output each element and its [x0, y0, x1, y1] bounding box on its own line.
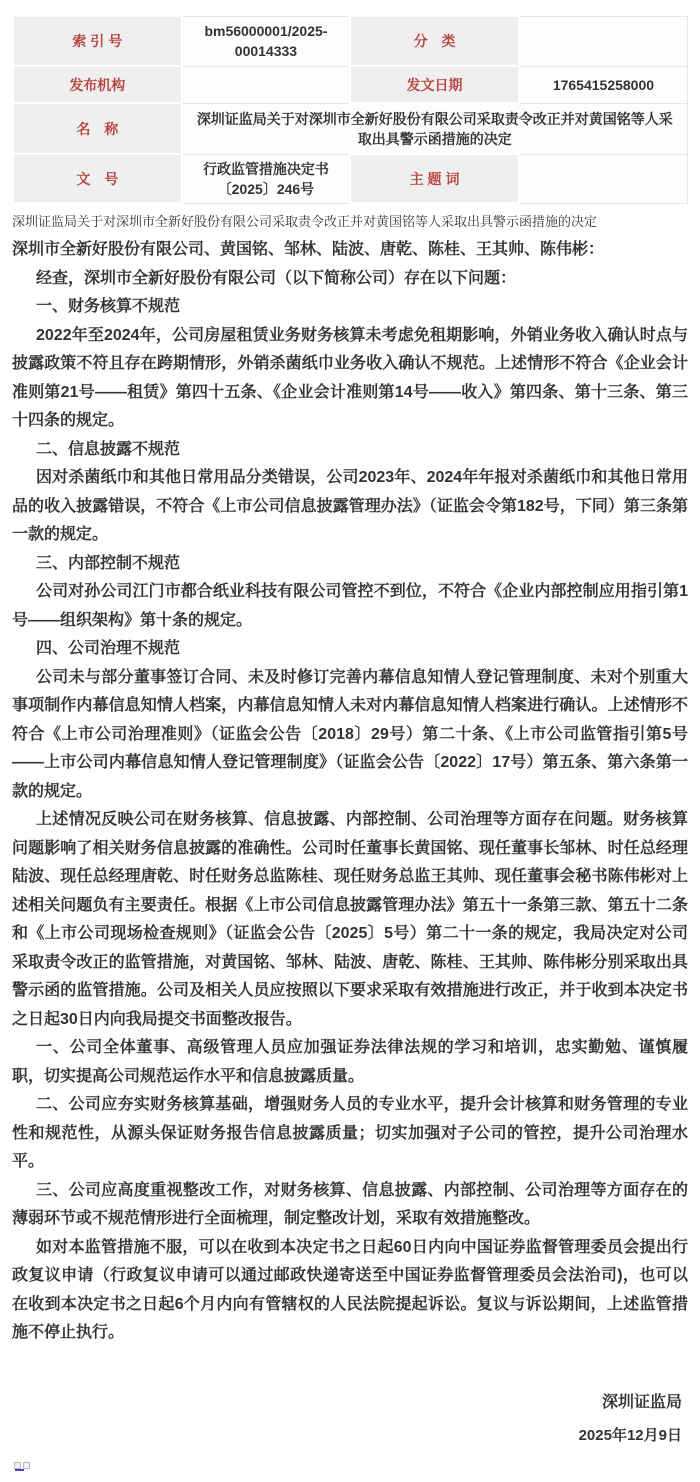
meta-row-index-category: 索 引 号 bm56000001/2025-00014333 分 类 [13, 16, 688, 66]
section-heading-3: 三、内部控制不规范 [12, 550, 688, 579]
section-heading-1: 一、财务核算不规范 [12, 293, 688, 322]
paragraph-appeal-rights: 如对本监管措施不服，可以在收到本决定书之日起60日内向中国证券监督管理委员会提出… [12, 1234, 688, 1348]
paragraph-governance-issue: 公司未与部分董事签订合同、未及时修订完善内幕信息知情人登记管理制度、未对个别重大… [12, 664, 688, 807]
document-subtitle: 深圳证监局关于对深圳市全新好股份有限公司采取责令改正并对黄国铭等人采取出具警示函… [12, 212, 688, 232]
paragraph-internal-control-issue: 公司对孙公司江门市都合纸业科技有限公司管控不到位，不符合《企业内部控制应用指引第… [12, 578, 688, 635]
meta-row-issuer-date: 发布机构 发文日期 1765415258000 [13, 66, 688, 103]
paragraph-requirement-2: 二、公司应夯实财务核算基础，增强财务人员的专业水平，提升会计核算和财务管理的专业… [12, 1091, 688, 1177]
meta-table: 索 引 号 bm56000001/2025-00014333 分 类 发布机构 … [12, 15, 688, 204]
subject-words-label: 主 题 词 [350, 154, 519, 203]
issuing-agency-label: 发布机构 [13, 66, 182, 103]
document-page: 索 引 号 bm56000001/2025-00014333 分 类 发布机构 … [0, 0, 700, 1472]
signature-organization: 深圳证监局 [12, 1392, 682, 1414]
index-number-value: bm56000001/2025-00014333 [182, 16, 351, 66]
paragraph-requirement-3: 三、公司应高度重视整改工作，对财务核算、信息披露、内部控制、公司治理等方面存在的… [12, 1177, 688, 1234]
paragraph-intro: 经查，深圳市全新好股份有限公司（以下简称公司）存在以下问题： [12, 265, 688, 294]
index-number-label: 索 引 号 [13, 16, 182, 66]
document-title-value: 深圳证监局关于对深圳市全新好股份有限公司采取责令改正并对黄国铭等人采取出具警示函… [182, 103, 688, 154]
issue-date-value: 1765415258000 [519, 66, 688, 103]
salutation-line: 深圳市全新好股份有限公司、黄国铭、邹林、陆波、唐乾、陈桂、王其帅、陈伟彬： [12, 236, 688, 265]
issuing-agency-value [182, 66, 351, 103]
signature-date: 2025年12月9日 [12, 1426, 682, 1446]
document-title-label: 名 称 [13, 103, 182, 154]
paragraph-accounting-issue: 2022年至2024年，公司房屋租赁业务财务核算未考虑免租期影响，外销业务收入确… [12, 322, 688, 436]
broken-image-icon [14, 1462, 30, 1472]
section-heading-4: 四、公司治理不规范 [12, 635, 688, 664]
subject-words-value [519, 154, 688, 203]
document-number-value: 行政监管措施决定书〔2025〕246号 [182, 154, 351, 203]
paragraph-disclosure-issue: 因对杀菌纸巾和其他日常用品分类错误，公司2023年、2024年年报对杀菌纸巾和其… [12, 464, 688, 550]
category-value [519, 16, 688, 66]
section-heading-2: 二、信息披露不规范 [12, 436, 688, 465]
document-number-label: 文 号 [13, 154, 182, 203]
category-label: 分 类 [350, 16, 519, 66]
meta-row-docno-subject: 文 号 行政监管措施决定书〔2025〕246号 主 题 词 [13, 154, 688, 203]
issue-date-label: 发文日期 [350, 66, 519, 103]
paragraph-requirement-1: 一、公司全体董事、高级管理人员应加强证券法律法规的学习和培训，忠实勤勉、谨慎履职… [12, 1034, 688, 1091]
signature-block: 深圳证监局 2025年12月9日 [12, 1392, 688, 1446]
meta-row-title: 名 称 深圳证监局关于对深圳市全新好股份有限公司采取责令改正并对黄国铭等人采取出… [13, 103, 688, 154]
paragraph-decision: 上述情况反映公司在财务核算、信息披露、内部控制、公司治理等方面存在问题。财务核算… [12, 806, 688, 1034]
